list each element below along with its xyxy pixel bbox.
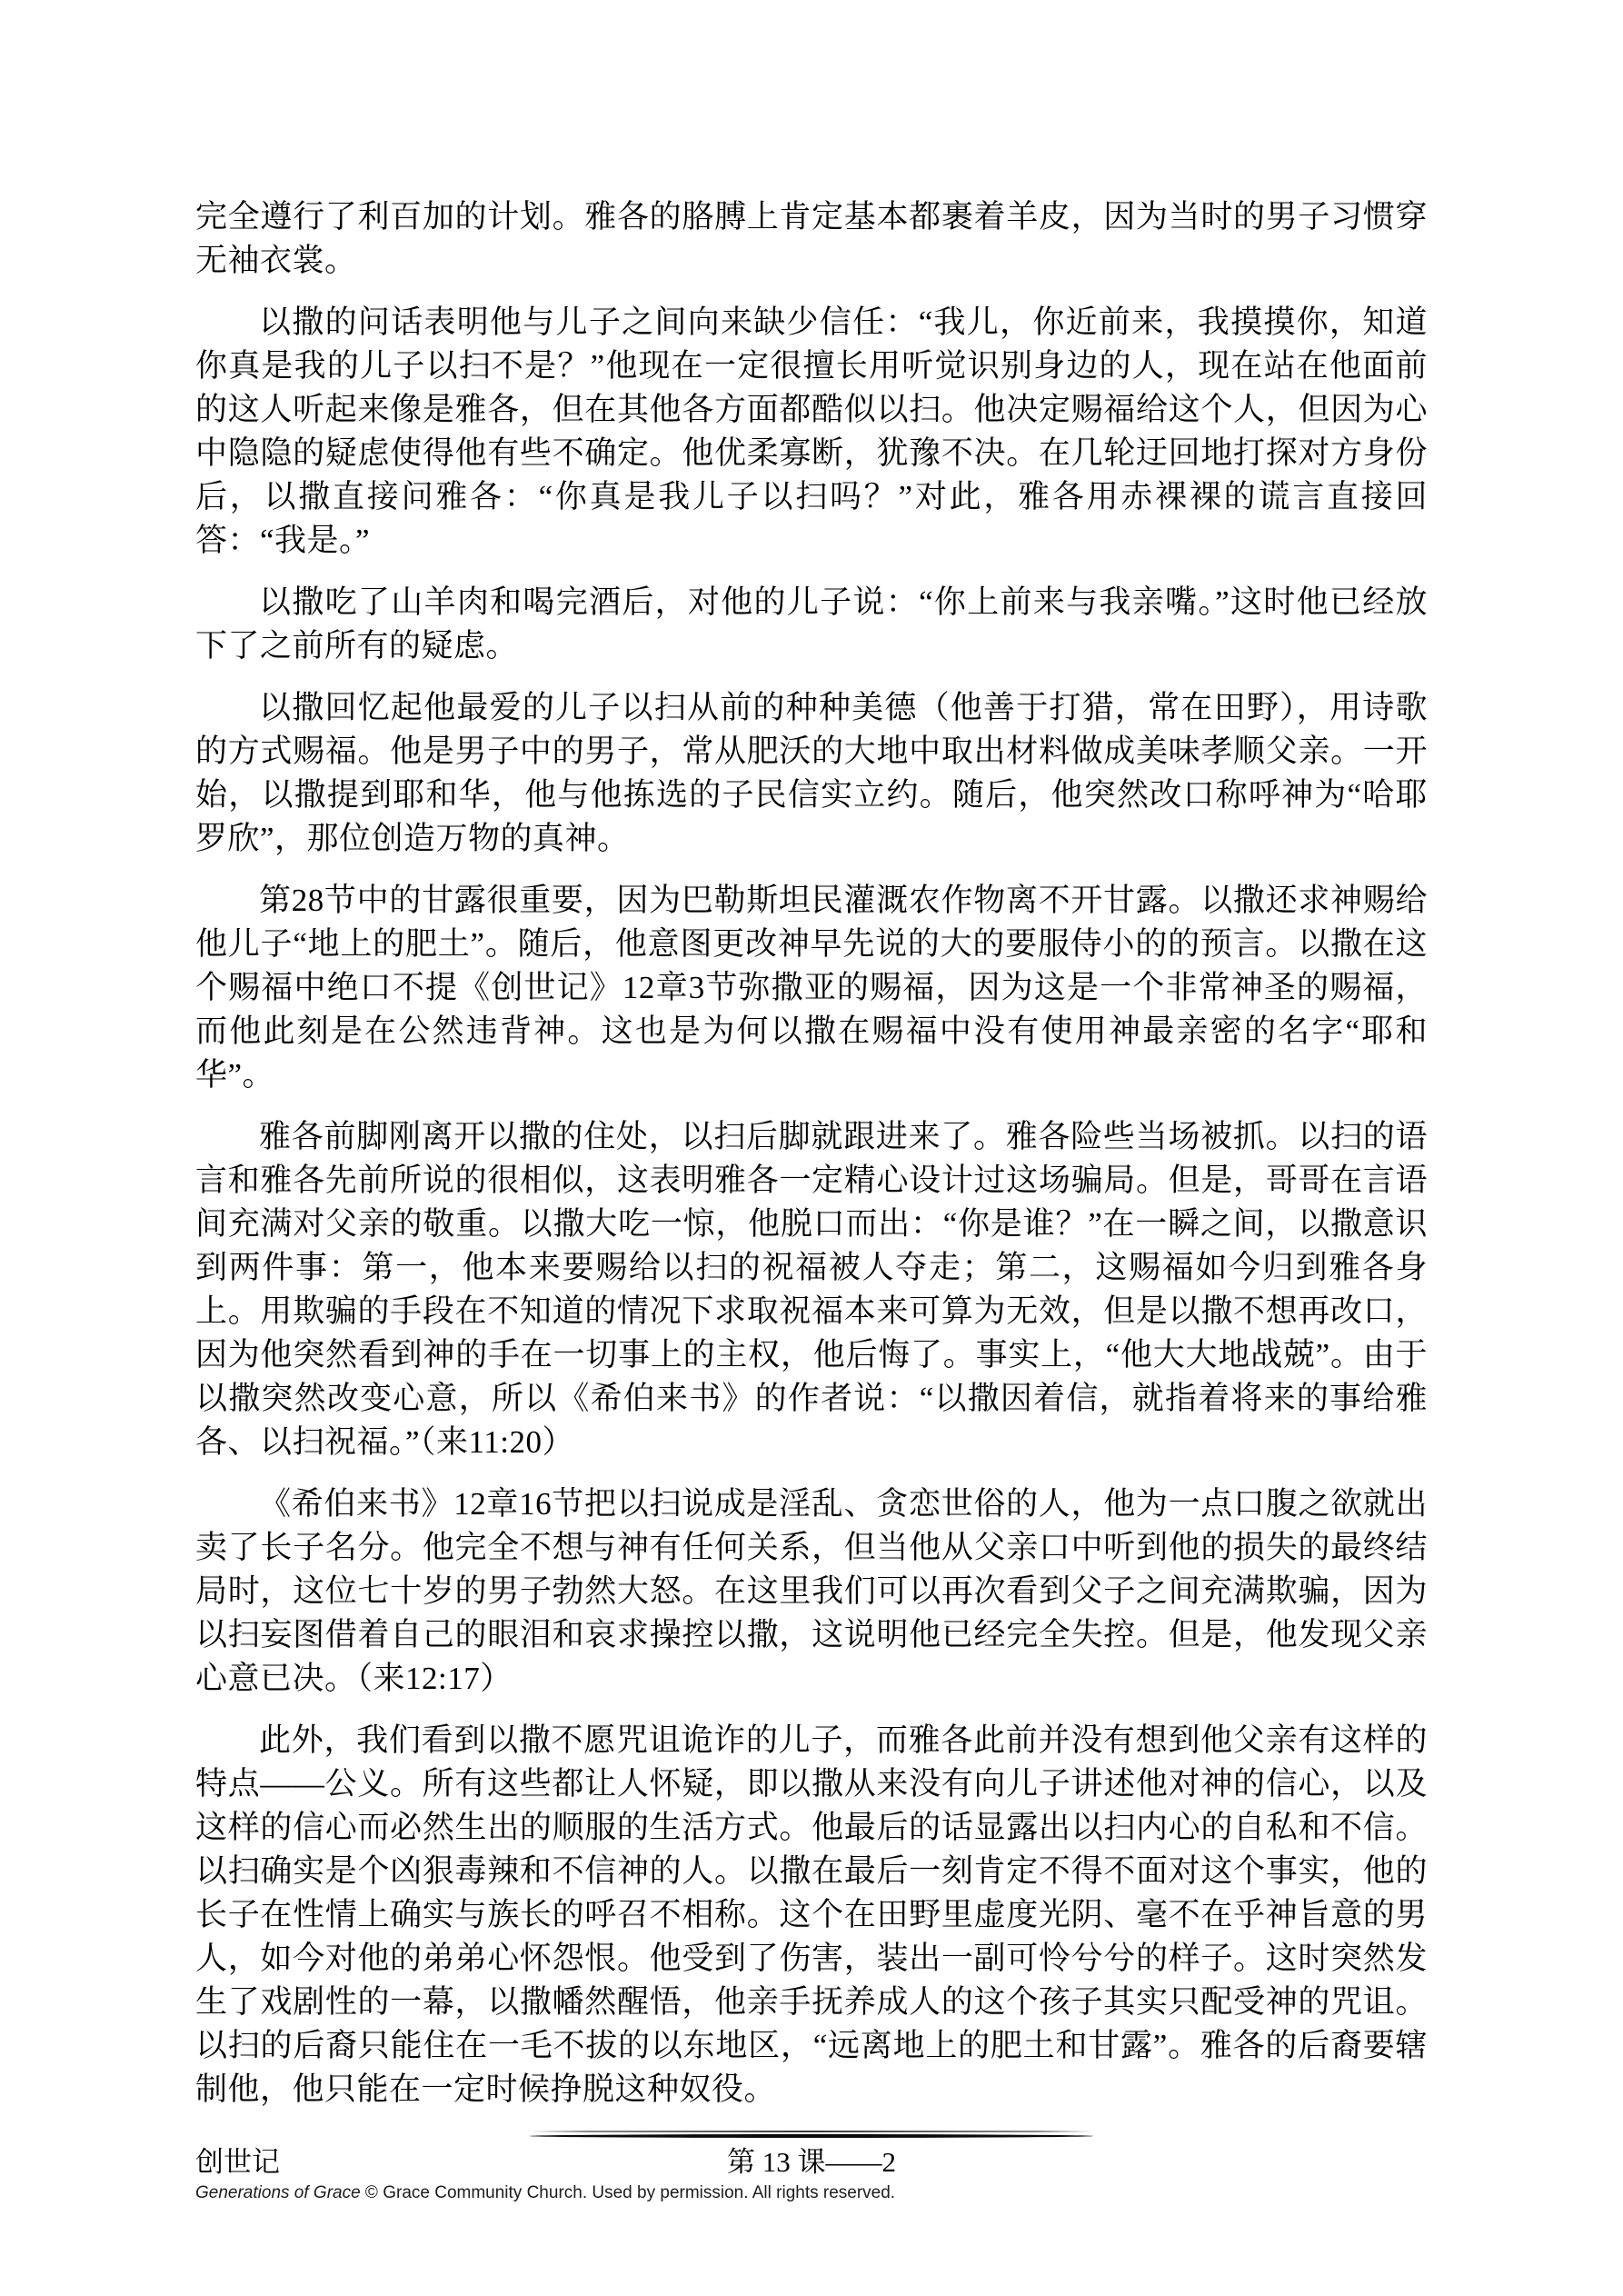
document-body: 完全遵行了利百加的计划。雅各的胳膊上肯定基本都裹着羊皮，因为当时的男子习惯穿无袖… [195, 195, 1428, 2130]
footer-page-label: 第 13 课——2 [195, 2144, 1428, 2181]
footer-divider-thick-rule [530, 2134, 1093, 2138]
body-paragraph: 此外，我们看到以撒不愿咒诅诡诈的儿子，而雅各此前并没有想到他父亲有这样的特点——… [195, 1719, 1428, 2111]
footer-copyright-work-title: Generations of Grace [195, 2183, 361, 2202]
body-paragraph: 《希伯来书》12章16节把以扫说成是淫乱、贪恋世俗的人，他为一点口腹之欲就出卖了… [195, 1482, 1428, 1701]
footer-divider [530, 2131, 1093, 2139]
body-paragraph: 雅各前脚刚离开以撒的住处，以扫后脚就跟进来了。雅各险些当场被抓。以扫的语言和雅各… [195, 1115, 1428, 1464]
page-footer: 创世记 第 13 课——2 Generations of Grace © Gra… [195, 2131, 1428, 2204]
body-paragraph: 第28节中的甘露很重要，因为巴勒斯坦民灌溉农作物离不开甘露。以撒还求神赐给他儿子… [195, 879, 1428, 1097]
body-paragraph: 以撒吃了山羊肉和喝完酒后，对他的儿子说：“你上前来与我亲嘴。”这时他已经放下了之… [195, 581, 1428, 668]
body-paragraph: 以撒回忆起他最爱的儿子以扫从前的种种美德（他善于打猎，常在田野），用诗歌的方式赐… [195, 686, 1428, 861]
footer-copyright-text: © Grace Community Church. Used by permis… [361, 2183, 895, 2202]
document-page: 完全遵行了利百加的计划。雅各的胳膊上肯定基本都裹着羊皮，因为当时的男子习惯穿无袖… [0, 0, 1623, 2296]
body-paragraph: 以撒的问话表明他与儿子之间向来缺少信任：“我儿，你近前来，我摸摸你，知道你真是我… [195, 301, 1428, 563]
footer-copyright: Generations of Grace © Grace Community C… [195, 2182, 1428, 2204]
footer-divider-thin-rule [530, 2131, 1093, 2132]
footer-title-row: 创世记 第 13 课——2 [195, 2144, 1428, 2181]
body-paragraph: 完全遵行了利百加的计划。雅各的胳膊上肯定基本都裹着羊皮，因为当时的男子习惯穿无袖… [195, 195, 1428, 283]
